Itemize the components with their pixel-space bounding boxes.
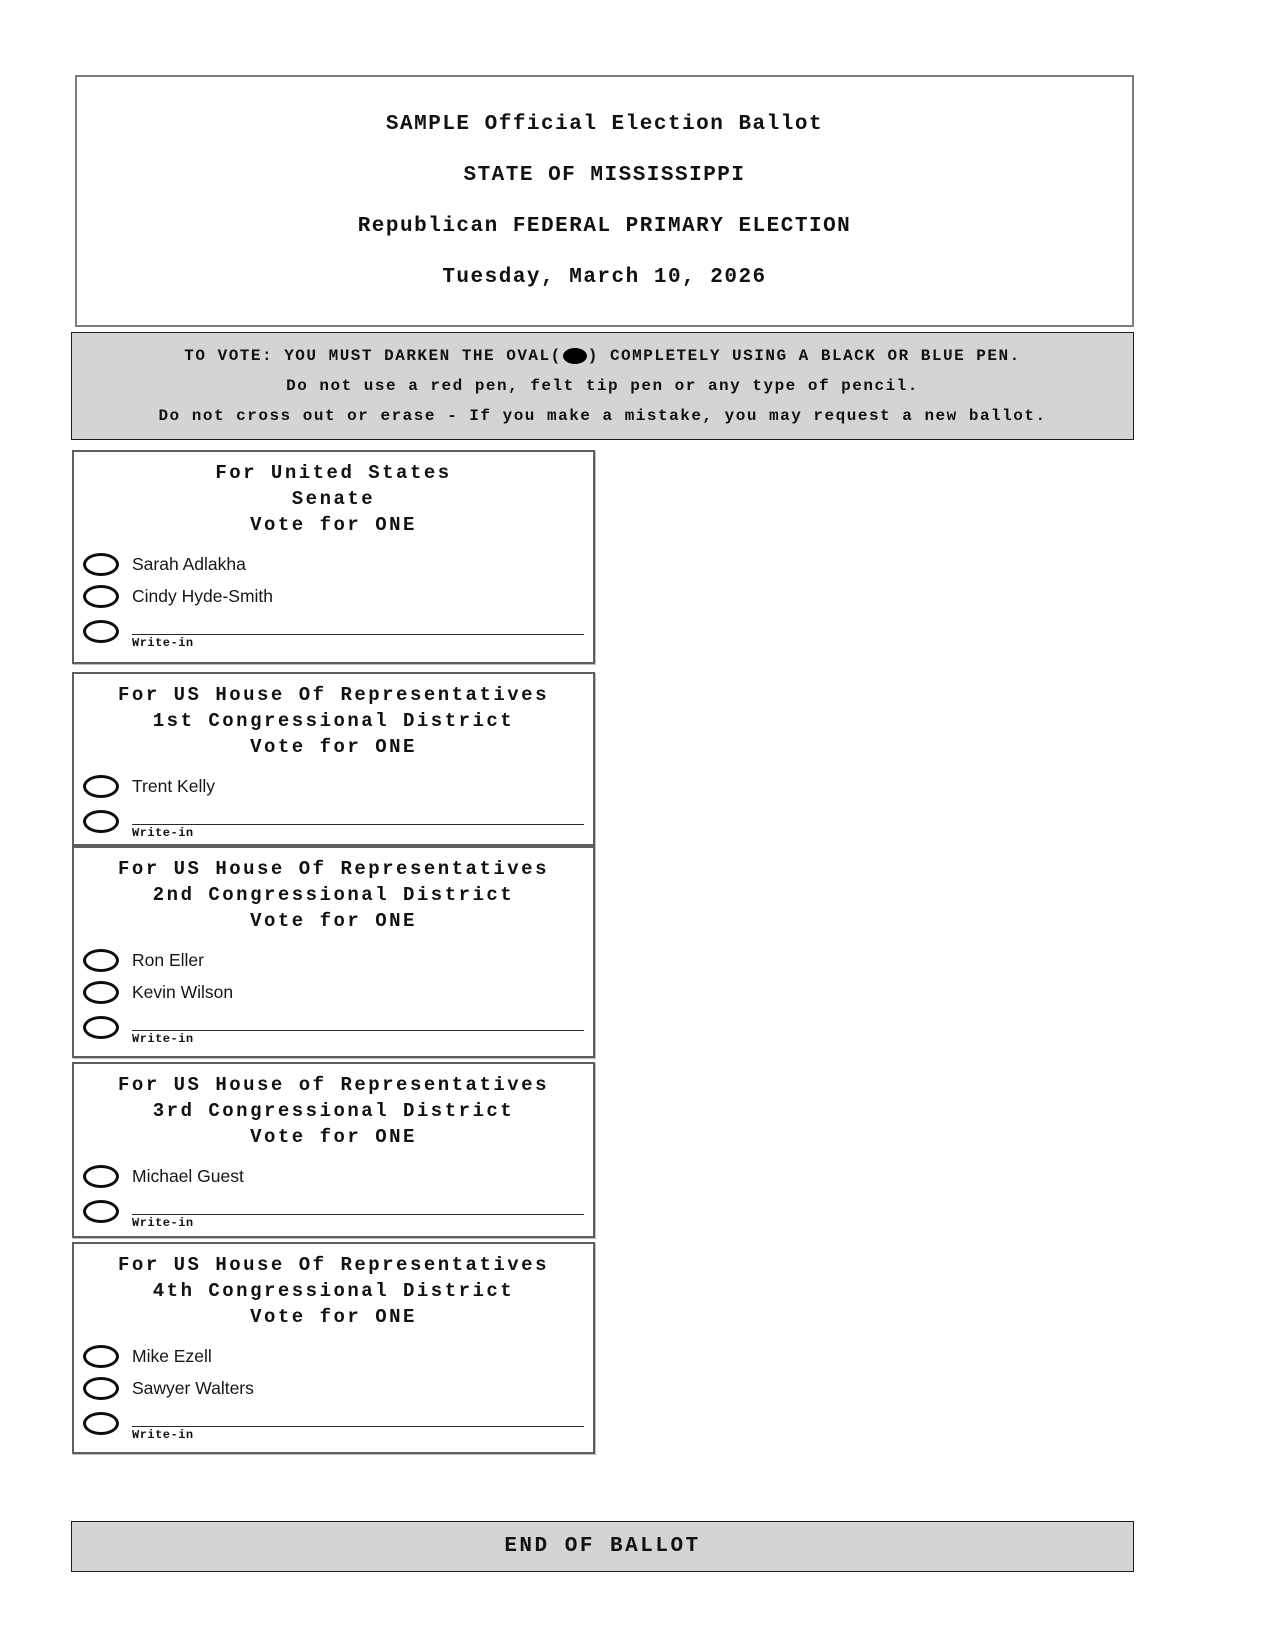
- write-in-option: Write-in: [74, 1195, 593, 1230]
- candidate-name: Sarah Adlakha: [132, 554, 246, 575]
- contest-title-line: For US House Of Representatives: [74, 1252, 593, 1278]
- contest-title-line: 4th Congressional District: [74, 1278, 593, 1304]
- candidate-name: Ron Eller: [132, 950, 204, 971]
- contest-title-line: Senate: [74, 486, 593, 512]
- candidate-option: Sarah Adlakha: [74, 548, 593, 580]
- candidate-option: Ron Eller: [74, 944, 593, 976]
- contest-title-line: 1st Congressional District: [74, 708, 593, 734]
- instruction-line-1: TO VOTE: YOU MUST DARKEN THE OVAL() COMP…: [184, 347, 1020, 365]
- contest-house-district-2: For US House Of Representatives 2nd Cong…: [72, 846, 595, 1058]
- vote-oval[interactable]: [83, 1345, 119, 1368]
- write-in-label: Write-in: [132, 635, 584, 650]
- election-date: Tuesday, March 10, 2026: [442, 266, 766, 289]
- contest-title: For US House Of Representatives 4th Cong…: [74, 1244, 593, 1330]
- vote-oval[interactable]: [83, 810, 119, 833]
- write-in-field: Write-in: [132, 615, 584, 650]
- ballot-title: SAMPLE Official Election Ballot: [386, 113, 823, 136]
- filled-oval-icon: [563, 348, 587, 364]
- instruction-line-1-suffix: ) COMPLETELY USING A BLACK OR BLUE PEN.: [588, 347, 1021, 365]
- contest-title: For US House Of Representatives 2nd Cong…: [74, 848, 593, 934]
- contest-house-district-4: For US House Of Representatives 4th Cong…: [72, 1242, 595, 1454]
- candidate-name: Mike Ezell: [132, 1346, 212, 1367]
- contest-title-line: 2nd Congressional District: [74, 882, 593, 908]
- write-in-label: Write-in: [132, 825, 584, 840]
- election-name: Republican FEDERAL PRIMARY ELECTION: [358, 215, 852, 238]
- contest-title: For US House Of Representatives 1st Cong…: [74, 674, 593, 760]
- contest-title: For US House of Representatives 3rd Cong…: [74, 1064, 593, 1150]
- write-in-line[interactable]: [132, 1195, 584, 1215]
- write-in-label: Write-in: [132, 1427, 584, 1442]
- write-in-option: Write-in: [74, 1407, 593, 1442]
- vote-oval[interactable]: [83, 1377, 119, 1400]
- vote-oval[interactable]: [83, 1165, 119, 1188]
- write-in-line[interactable]: [132, 1011, 584, 1031]
- contest-title-line: For US House of Representatives: [74, 1072, 593, 1098]
- write-in-option: Write-in: [74, 1011, 593, 1046]
- contest-house-district-3: For US House of Representatives 3rd Cong…: [72, 1062, 595, 1238]
- contest-vote-for-line: Vote for ONE: [74, 908, 593, 934]
- instruction-line-3: Do not cross out or erase - If you make …: [158, 407, 1046, 425]
- contest-house-district-1: For US House Of Representatives 1st Cong…: [72, 672, 595, 846]
- voting-instructions: TO VOTE: YOU MUST DARKEN THE OVAL() COMP…: [71, 332, 1134, 440]
- vote-oval[interactable]: [83, 981, 119, 1004]
- contest-vote-for-line: Vote for ONE: [74, 1124, 593, 1150]
- end-of-ballot-label: END OF BALLOT: [504, 1535, 700, 1558]
- candidate-option: Cindy Hyde-Smith: [74, 580, 593, 612]
- instruction-line-2: Do not use a red pen, felt tip pen or an…: [286, 377, 919, 395]
- vote-oval[interactable]: [83, 585, 119, 608]
- vote-oval[interactable]: [83, 553, 119, 576]
- instruction-line-1-prefix: TO VOTE: YOU MUST DARKEN THE OVAL(: [184, 347, 561, 365]
- contest-title-line: 3rd Congressional District: [74, 1098, 593, 1124]
- write-in-field: Write-in: [132, 1407, 584, 1442]
- ballot-header: SAMPLE Official Election Ballot STATE OF…: [75, 75, 1134, 327]
- candidate-name: Kevin Wilson: [132, 982, 233, 1003]
- write-in-label: Write-in: [132, 1215, 584, 1230]
- write-in-label: Write-in: [132, 1031, 584, 1046]
- contest-title-line: For United States: [74, 460, 593, 486]
- candidate-name: Cindy Hyde-Smith: [132, 586, 273, 607]
- candidate-option: Trent Kelly: [74, 770, 593, 802]
- vote-oval[interactable]: [83, 775, 119, 798]
- write-in-line[interactable]: [132, 1407, 584, 1427]
- end-of-ballot-banner: END OF BALLOT: [71, 1521, 1134, 1572]
- candidate-option: Michael Guest: [74, 1160, 593, 1192]
- contest-vote-for-line: Vote for ONE: [74, 734, 593, 760]
- contest-vote-for-line: Vote for ONE: [74, 512, 593, 538]
- candidate-option: Sawyer Walters: [74, 1372, 593, 1404]
- write-in-field: Write-in: [132, 805, 584, 840]
- vote-oval[interactable]: [83, 949, 119, 972]
- candidate-name: Michael Guest: [132, 1166, 244, 1187]
- contest-us-senate: For United States Senate Vote for ONE Sa…: [72, 450, 595, 664]
- vote-oval[interactable]: [83, 1016, 119, 1039]
- contest-title-line: For US House Of Representatives: [74, 682, 593, 708]
- write-in-option: Write-in: [74, 805, 593, 840]
- vote-oval[interactable]: [83, 620, 119, 643]
- write-in-field: Write-in: [132, 1011, 584, 1046]
- candidate-name: Trent Kelly: [132, 776, 215, 797]
- write-in-option: Write-in: [74, 615, 593, 650]
- write-in-line[interactable]: [132, 805, 584, 825]
- contest-title-line: For US House Of Representatives: [74, 856, 593, 882]
- write-in-field: Write-in: [132, 1195, 584, 1230]
- state-name: STATE OF MISSISSIPPI: [463, 164, 745, 187]
- contest-vote-for-line: Vote for ONE: [74, 1304, 593, 1330]
- candidate-option: Kevin Wilson: [74, 976, 593, 1008]
- vote-oval[interactable]: [83, 1200, 119, 1223]
- candidate-option: Mike Ezell: [74, 1340, 593, 1372]
- candidate-name: Sawyer Walters: [132, 1378, 254, 1399]
- contest-title: For United States Senate Vote for ONE: [74, 452, 593, 538]
- write-in-line[interactable]: [132, 615, 584, 635]
- vote-oval[interactable]: [83, 1412, 119, 1435]
